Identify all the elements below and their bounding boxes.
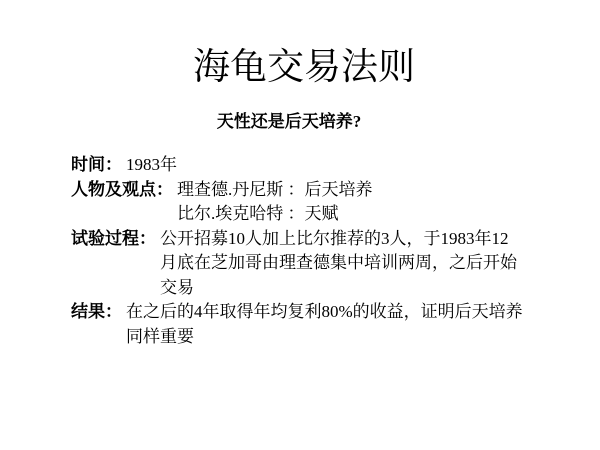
text-line: 理查德.丹尼斯 ：后天培养 [177,178,373,203]
time-content: 1983年 [126,153,177,178]
text-line: 1983年 [126,153,177,178]
presentation-slide: 海龟交易法则 天性还是后天培养? 时间： 1983年 人物及观点： 理查德.丹尼… [0,0,600,450]
people-label: 人物及观点： [71,178,173,203]
body-block-people: 人物及观点： 理查德.丹尼斯 ：后天培养 比尔.埃克哈特 ：天赋 [71,178,590,227]
text-line: 月底在芝加哥由理查德集中培训两周，之后开始 [160,251,517,276]
body-block-time: 时间： 1983年 [71,153,590,178]
text-line: 在之后的4年取得年均复利80%的收益，证明后天培养 [126,300,523,325]
slide-title: 海龟交易法则 [8,36,600,90]
text-line: 比尔.埃克哈特 ：天赋 [177,202,373,227]
body-block-result: 结果： 在之后的4年取得年均复利80%的收益，证明后天培养 同样重要 [71,300,590,349]
result-label: 结果： [71,300,122,325]
text-line: 公开招募10人加上比尔推荐的3人，于1983年12 [160,227,517,252]
text-line: 同样重要 [126,325,523,350]
time-label: 时间： [71,153,122,178]
text-line: 交易 [160,276,517,301]
process-label: 试验过程： [71,227,156,252]
process-content: 公开招募10人加上比尔推荐的3人，于1983年12 月底在芝加哥由理查德集中培训… [160,227,517,301]
body-block-process: 试验过程： 公开招募10人加上比尔推荐的3人，于1983年12 月底在芝加哥由理… [71,227,590,301]
result-content: 在之后的4年取得年均复利80%的收益，证明后天培养 同样重要 [126,300,523,349]
people-content: 理查德.丹尼斯 ：后天培养 比尔.埃克哈特 ：天赋 [177,178,373,227]
slide-body: 时间： 1983年 人物及观点： 理查德.丹尼斯 ：后天培养 比尔.埃克哈特 ：… [71,153,590,349]
slide-subtitle: 天性还是后天培养? [0,107,578,132]
